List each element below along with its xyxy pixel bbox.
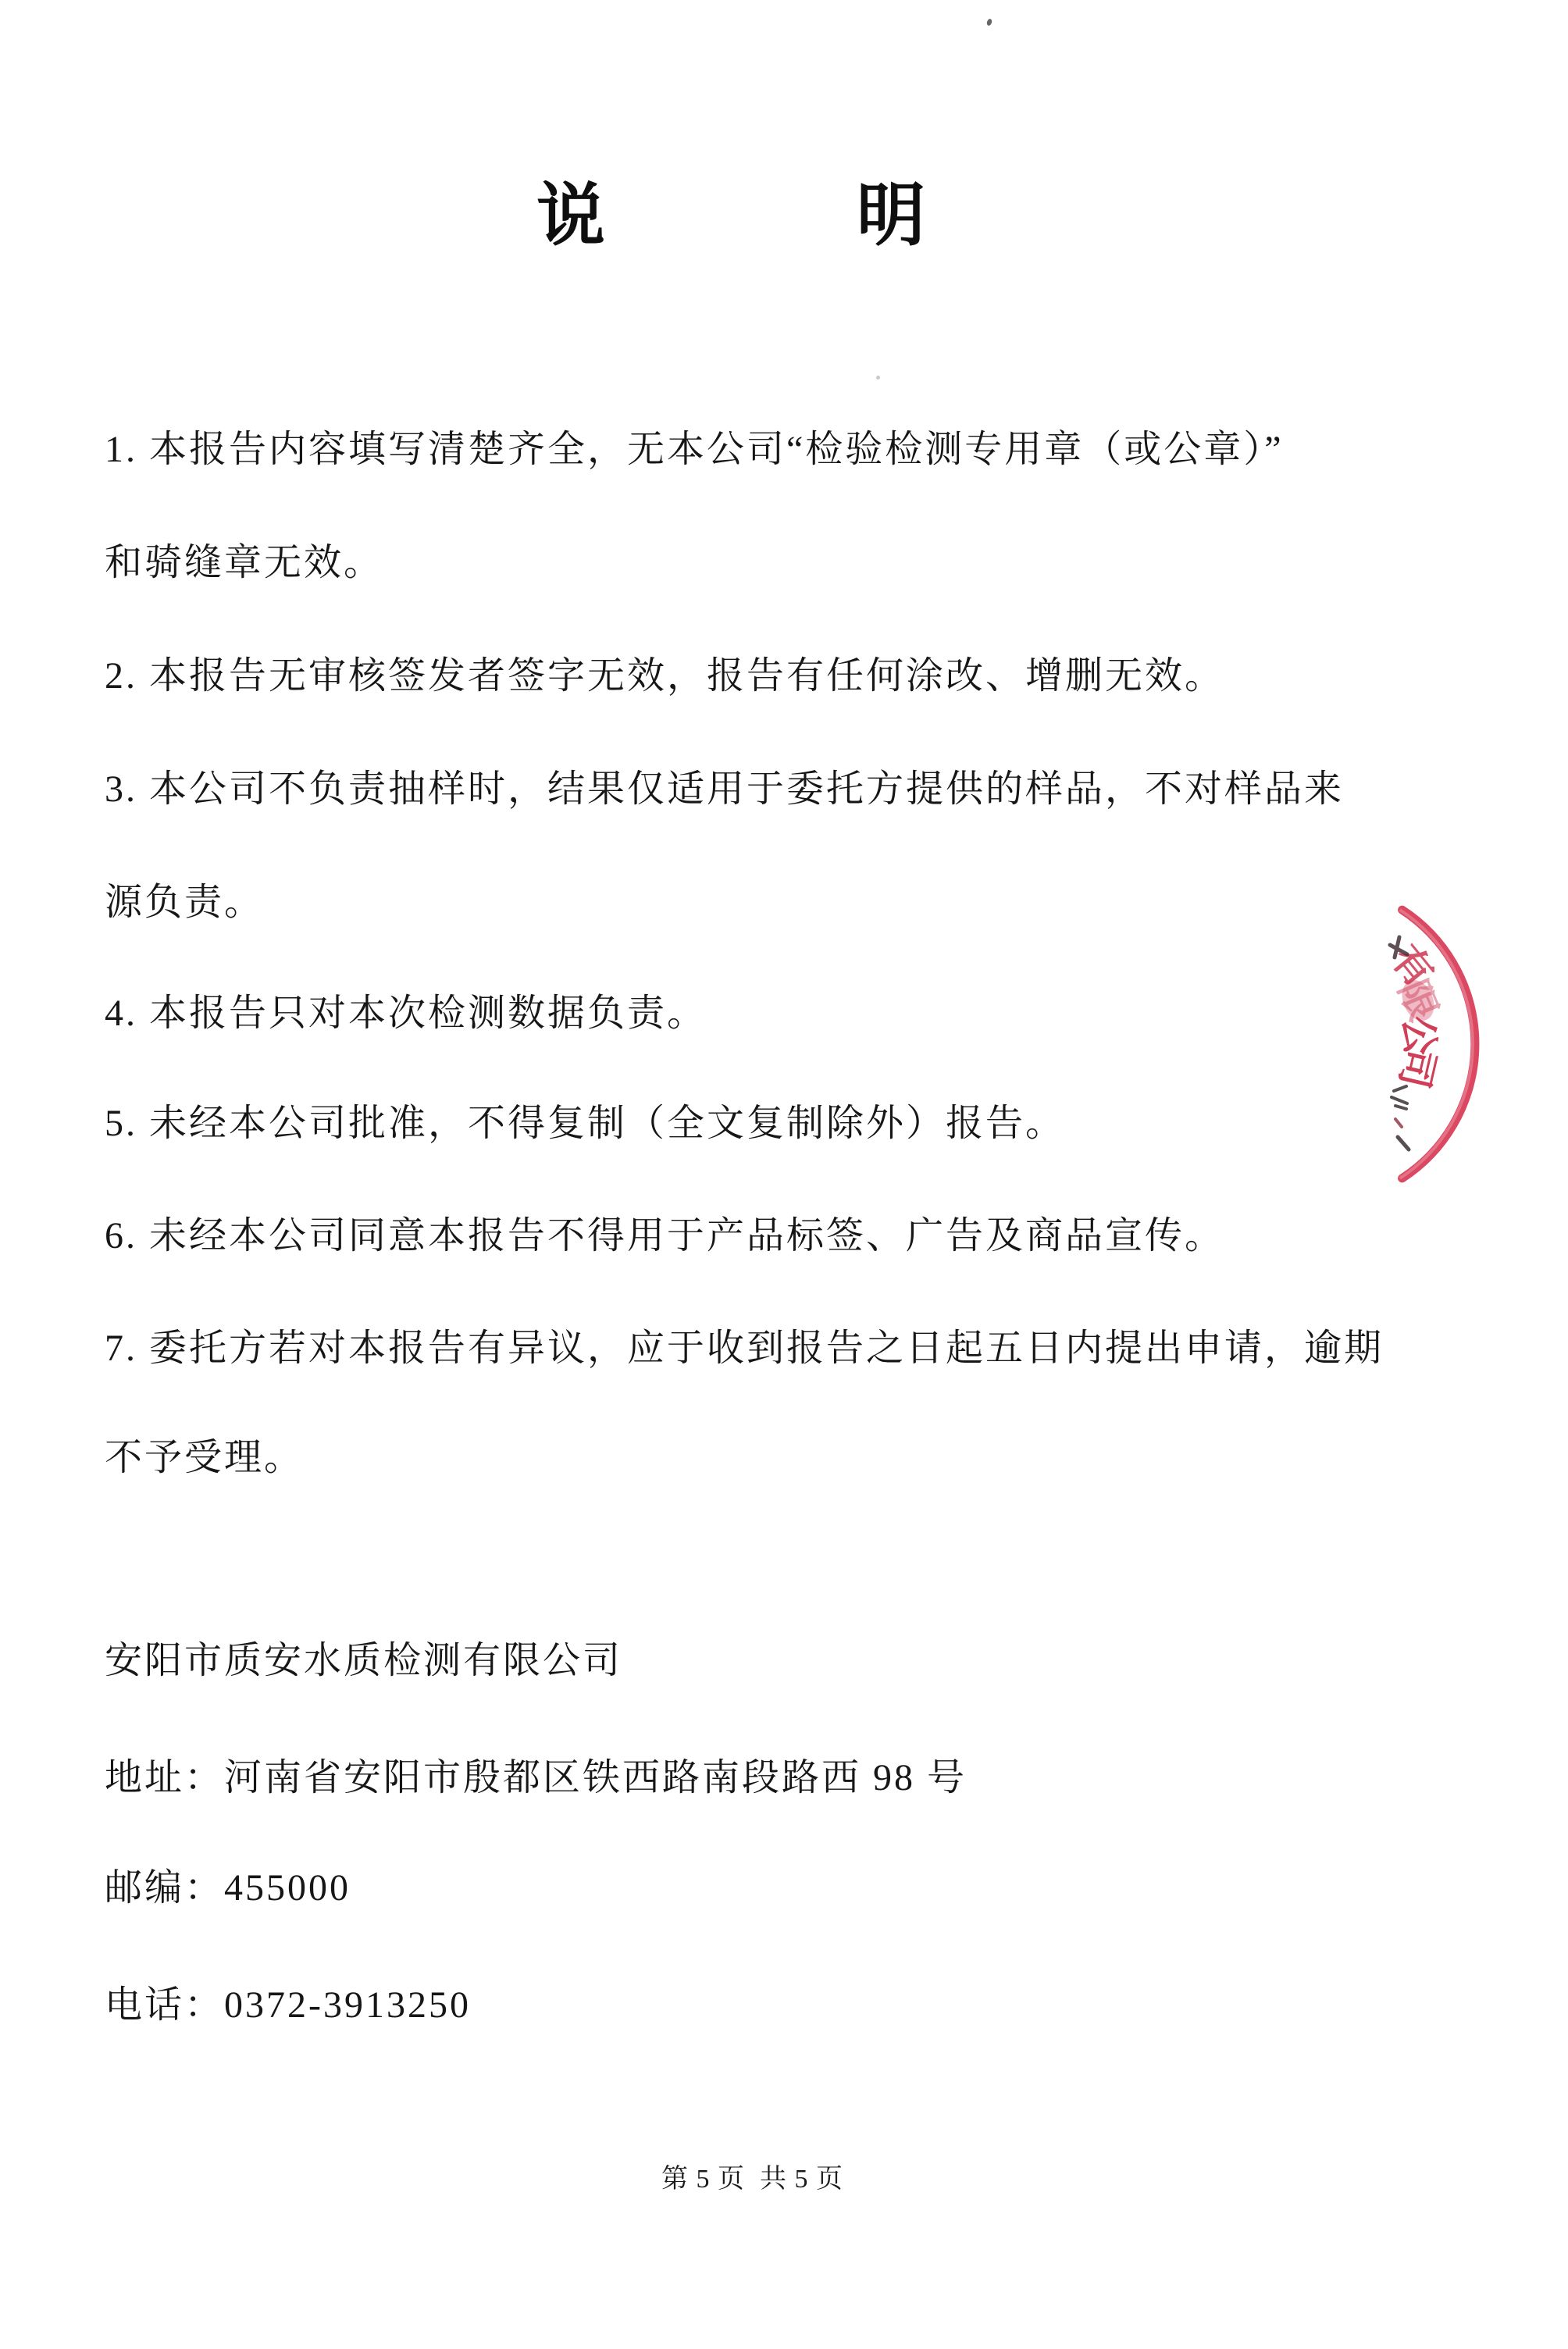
page-number: 第 5 页 共 5 页 bbox=[661, 2165, 843, 2194]
company-postcode: 邮编：455000 bbox=[105, 1868, 351, 1909]
title-char-1: 说 bbox=[536, 179, 605, 255]
note-3-line-2: 源负责。 bbox=[105, 882, 264, 923]
note-1-line-1: 1. 本报告内容填写清楚齐全，无本公司“检验检测专用章（或公章）” bbox=[105, 430, 1284, 470]
company-seal-icon: 有 限 公 司 bbox=[1117, 843, 1568, 1289]
note-4: 4. 本报告只对本次检测数据负责。 bbox=[105, 993, 707, 1034]
note-7-line-2: 不予受理。 bbox=[105, 1438, 304, 1478]
page-title: 说明 bbox=[536, 178, 925, 256]
note-1-line-2: 和骑缝章无效。 bbox=[105, 543, 383, 583]
scan-artifact bbox=[986, 18, 992, 26]
note-6: 6. 未经本公司同意本报告不得用于产品标签、广告及商品宣传。 bbox=[105, 1216, 1224, 1256]
title-char-2: 明 bbox=[857, 179, 925, 255]
scan-artifact bbox=[876, 376, 880, 380]
report-notes-page: 说明 1. 本报告内容填写清楚齐全，无本公司“检验检测专用章（或公章）” 和骑缝… bbox=[0, 0, 1568, 2349]
seal-bottom-tick bbox=[1395, 1119, 1402, 1127]
note-3-line-1: 3. 本公司不负责抽样时，结果仅适用于委托方提供的样品，不对样品来 bbox=[105, 769, 1344, 810]
seal-bottom-marks bbox=[1392, 1086, 1409, 1150]
company-name: 安阳市质安水质检测有限公司 bbox=[105, 1641, 622, 1681]
note-5: 5. 未经本公司批准，不得复制（全文复制除外）报告。 bbox=[105, 1103, 1065, 1144]
company-address: 地址：河南省安阳市殷都区铁西路南段路西 98 号 bbox=[105, 1758, 967, 1798]
note-2: 2. 本报告无审核签发者签字无效，报告有任何涂改、增删无效。 bbox=[105, 656, 1224, 697]
company-phone: 电话：0372-3913250 bbox=[105, 1985, 471, 2026]
note-7-line-1: 7. 委托方若对本报告有异议，应于收到报告之日起五日内提出申请，逾期 bbox=[105, 1328, 1384, 1369]
